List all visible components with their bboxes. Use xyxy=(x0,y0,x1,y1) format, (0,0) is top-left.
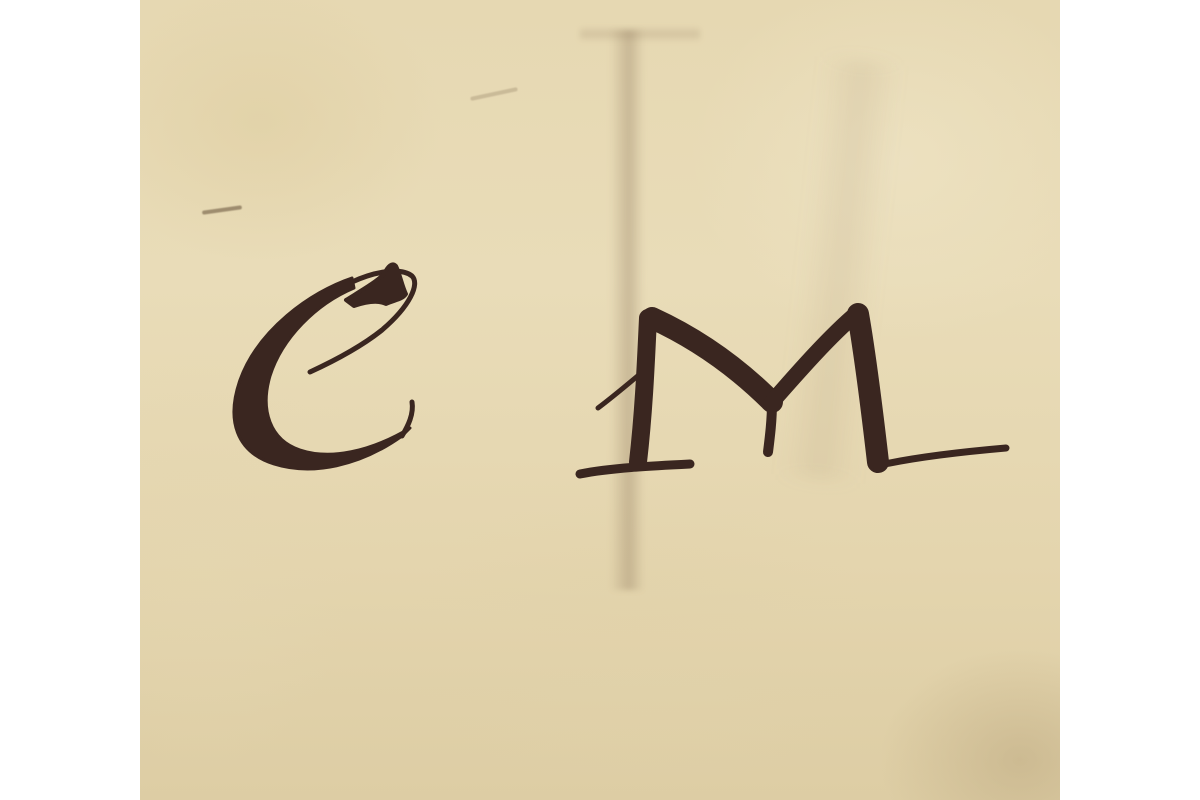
calligraphy xyxy=(140,0,1060,800)
image-canvas: e M xyxy=(0,0,1200,800)
letter-m xyxy=(580,314,1006,474)
letter-e xyxy=(234,264,415,469)
parchment xyxy=(140,0,1060,800)
